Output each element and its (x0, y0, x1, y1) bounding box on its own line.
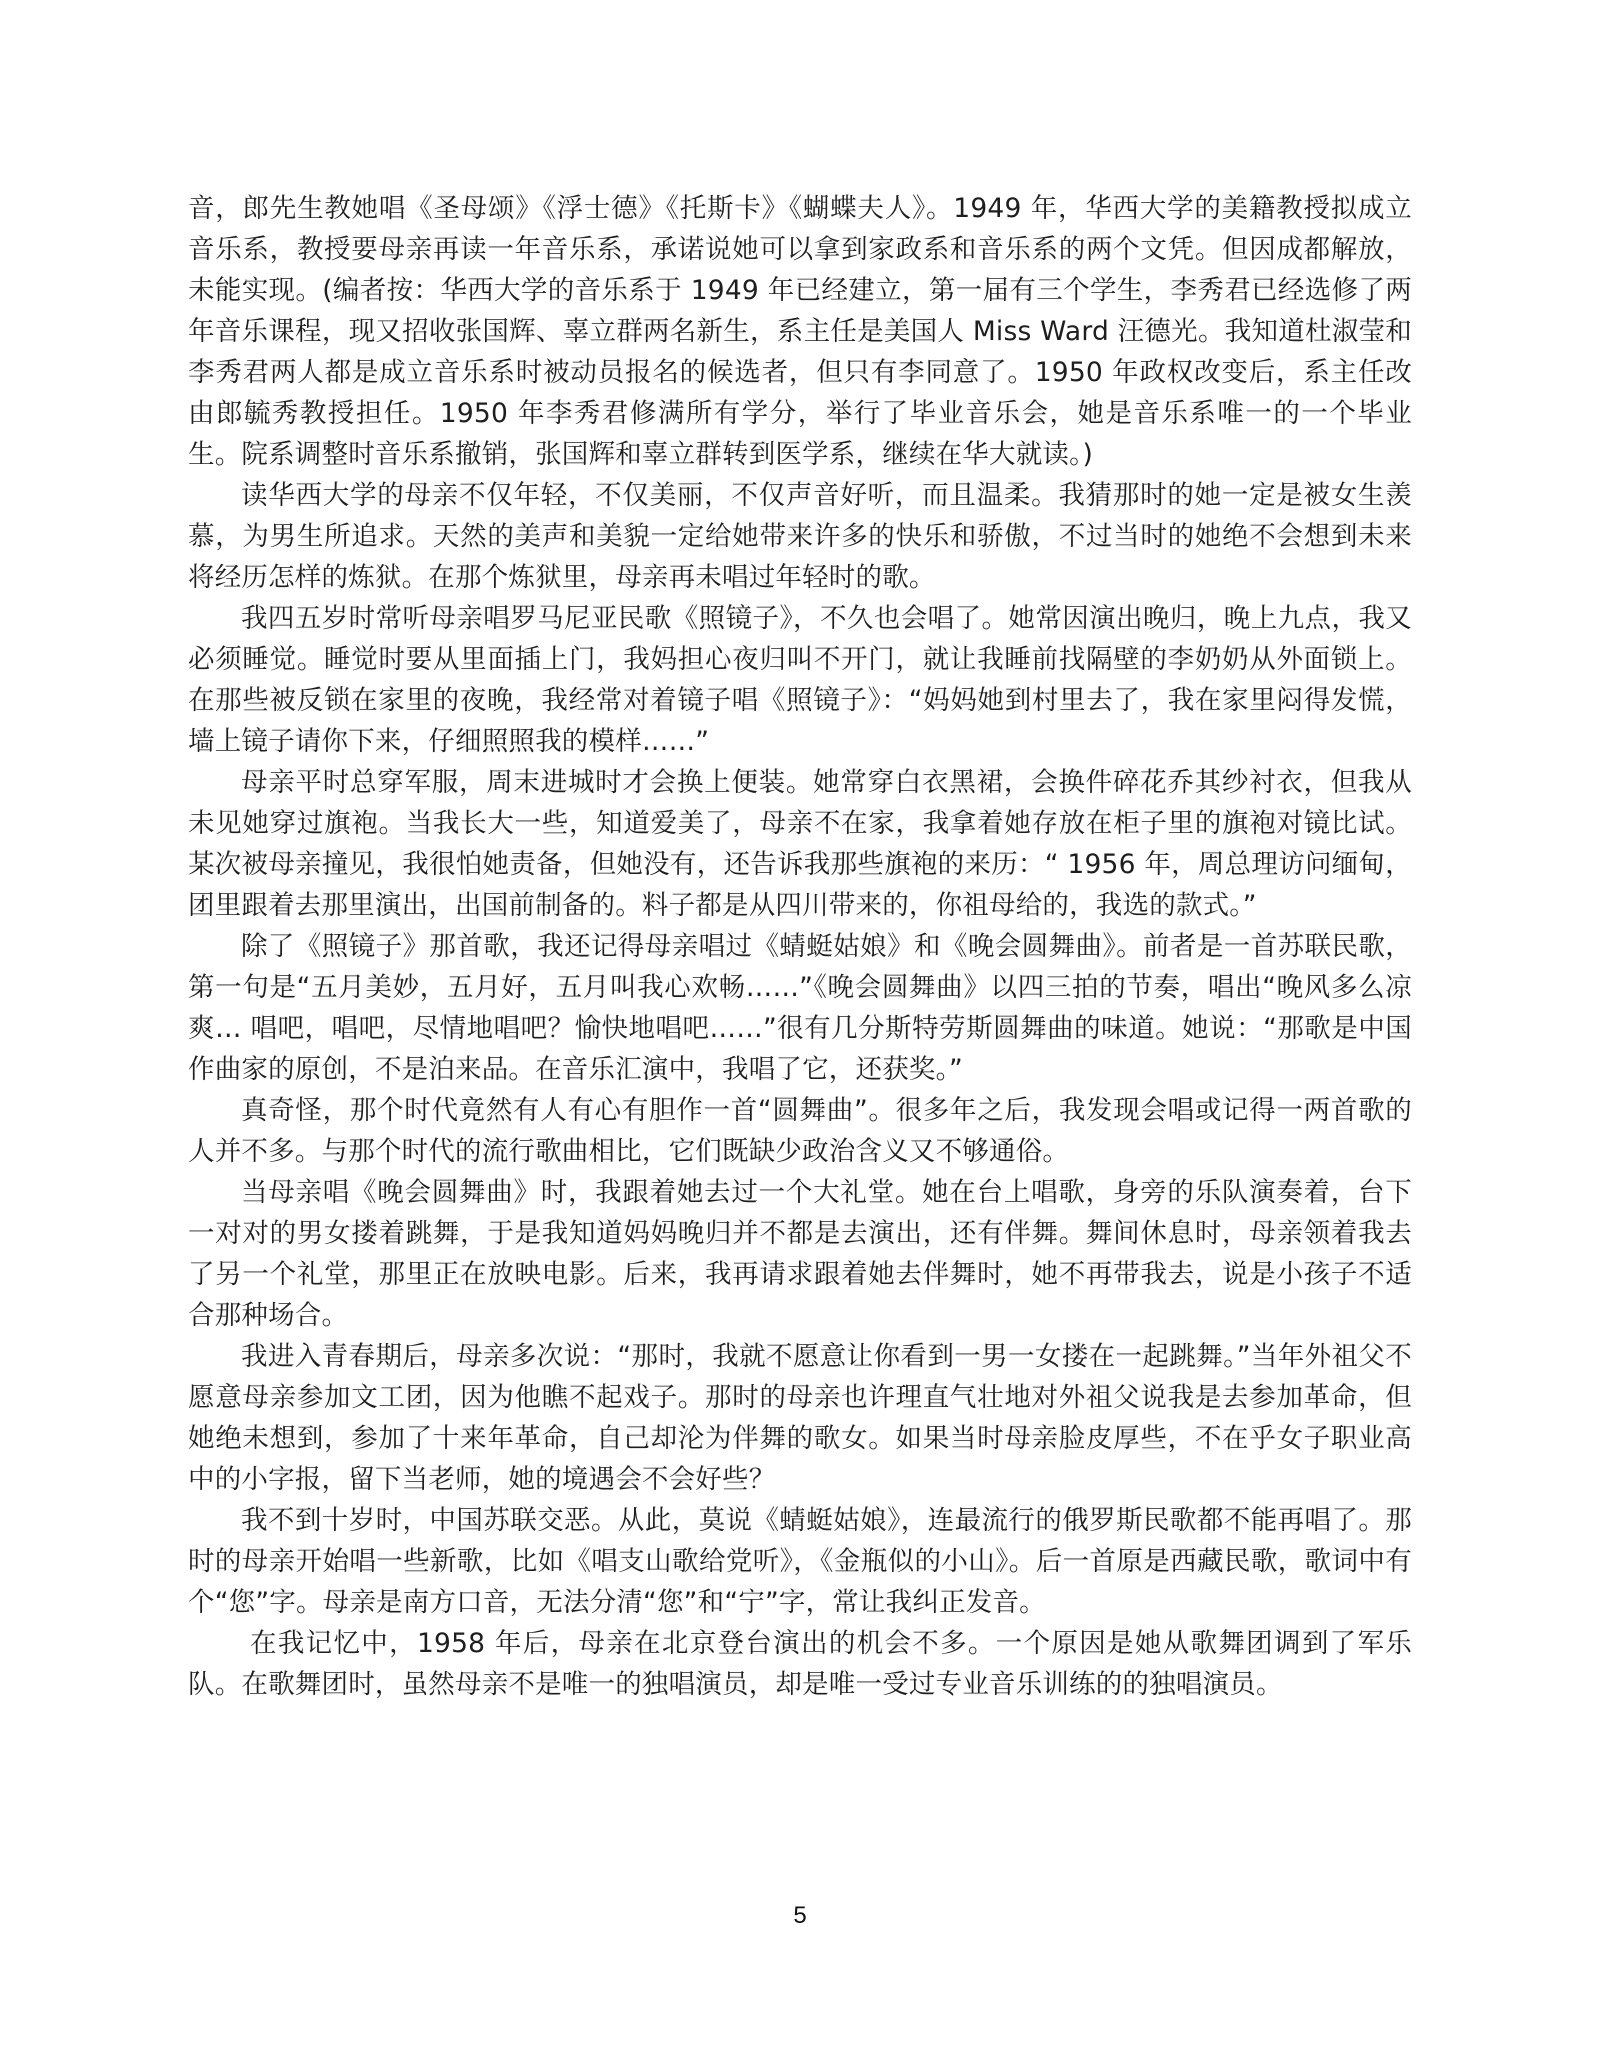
paragraph: 母亲平时总穿军服，周末进城时才会换上便装。她常穿白衣黑裙，会换件碎花乔其纱衬衣，… (188, 762, 1412, 926)
paragraph: 读华西大学的母亲不仅年轻，不仅美丽，不仅声音好听，而且温柔。我猜那时的她一定是被… (188, 475, 1412, 598)
paragraph: 我进入青春期后，母亲多次说：“那时，我就不愿意让你看到一男一女搂在一起跳舞。”当… (188, 1336, 1412, 1500)
document-body: 音，郎先生教她唱《圣母颂》《浮士德》《托斯卡》《蝴蝶夫人》。1949 年，华西大… (188, 188, 1412, 1705)
paragraph: 我四五岁时常听母亲唱罗马尼亚民歌《照镜子》，不久也会唱了。她常因演出晚归，晚上九… (188, 598, 1412, 762)
paragraph: 真奇怪，那个时代竟然有人有心有胆作一首“圆舞曲”。很多年之后，我发现会唱或记得一… (188, 1090, 1412, 1172)
paragraph: 当母亲唱《晚会圆舞曲》时，我跟着她去过一个大礼堂。她在台上唱歌，身旁的乐队演奏着… (188, 1172, 1412, 1336)
paragraph: 除了《照镜子》那首歌，我还记得母亲唱过《蜻蜓姑娘》和《晚会圆舞曲》。前者是一首苏… (188, 926, 1412, 1090)
paragraph: 在我记忆中，1958 年后，母亲在北京登台演出的机会不多。一个原因是她从歌舞团调… (188, 1623, 1412, 1705)
paragraph-continuation: 音，郎先生教她唱《圣母颂》《浮士德》《托斯卡》《蝴蝶夫人》。1949 年，华西大… (188, 188, 1412, 475)
paragraph: 我不到十岁时，中国苏联交恶。从此，莫说《蜻蜓姑娘》，连最流行的俄罗斯民歌都不能再… (188, 1500, 1412, 1623)
page-number: 5 (0, 1902, 1600, 1930)
